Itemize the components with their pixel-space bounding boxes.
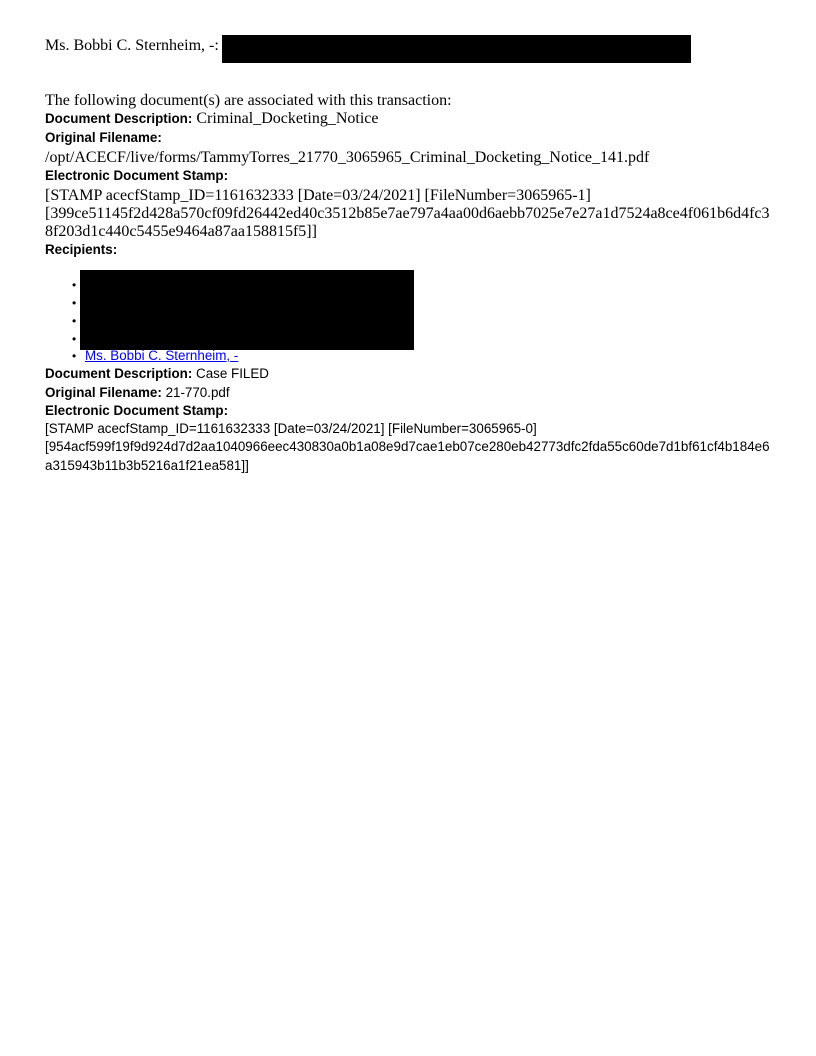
doc1-stamp-label: Electronic Document Stamp: [45, 168, 228, 183]
doc2-description: Case FILED [196, 366, 269, 381]
doc2-stamp-line1: [STAMP acecfStamp_ID=1161632333 [Date=03… [45, 421, 537, 436]
doc1-description-label: Document Description: [45, 111, 192, 126]
recipient-item: Ms. Bobbi C. Sternheim, - [85, 348, 238, 363]
doc1-stamp-line2: [399ce51145f2d428a570cf09fd26442ed40c351… [45, 205, 770, 223]
doc2-filename-label: Original Filename: [45, 385, 162, 400]
recipient-bullet: • [72, 332, 76, 346]
doc2-description-row: Document Description: Case FILED [45, 366, 269, 381]
recipient-link[interactable]: Ms. Bobbi C. Sternheim, - [85, 348, 238, 363]
redaction-block-recipients [80, 270, 414, 350]
recipient-bullet: • [72, 349, 76, 363]
intro-text: The following document(s) are associated… [45, 92, 452, 110]
recipients-label: Recipients: [45, 242, 117, 257]
doc2-stamp-label: Electronic Document Stamp: [45, 403, 228, 418]
doc1-description-row: Document Description: Criminal_Docketing… [45, 110, 379, 128]
doc2-stamp-line3: a315943b11b3b5216a1f21ea581]] [45, 458, 249, 473]
recipient-bullet: • [72, 314, 76, 328]
doc1-filename-label: Original Filename: [45, 130, 162, 145]
doc1-stamp-line3: 8f203d1c440c5455e9464a87aa158815f5]] [45, 223, 317, 241]
doc2-stamp-line2: [954acf599f19f9d924d7d2aa1040966eec43083… [45, 439, 770, 454]
redaction-block-header [222, 35, 691, 63]
doc1-description: Criminal_Docketing_Notice [196, 110, 378, 127]
doc2-filename-row: Original Filename: 21-770.pdf [45, 385, 230, 400]
doc2-filename: 21-770.pdf [166, 385, 230, 400]
recipient-bullet: • [72, 278, 76, 292]
doc1-stamp-line1: [STAMP acecfStamp_ID=1161632333 [Date=03… [45, 187, 591, 205]
doc2-description-label: Document Description: [45, 366, 192, 381]
addressee: Ms. Bobbi C. Sternheim, -: [45, 37, 219, 54]
addressee-line: Ms. Bobbi C. Sternheim, -: [45, 37, 219, 55]
doc1-filename: /opt/ACECF/live/forms/TammyTorres_21770_… [45, 149, 649, 167]
recipient-bullet: • [72, 296, 76, 310]
